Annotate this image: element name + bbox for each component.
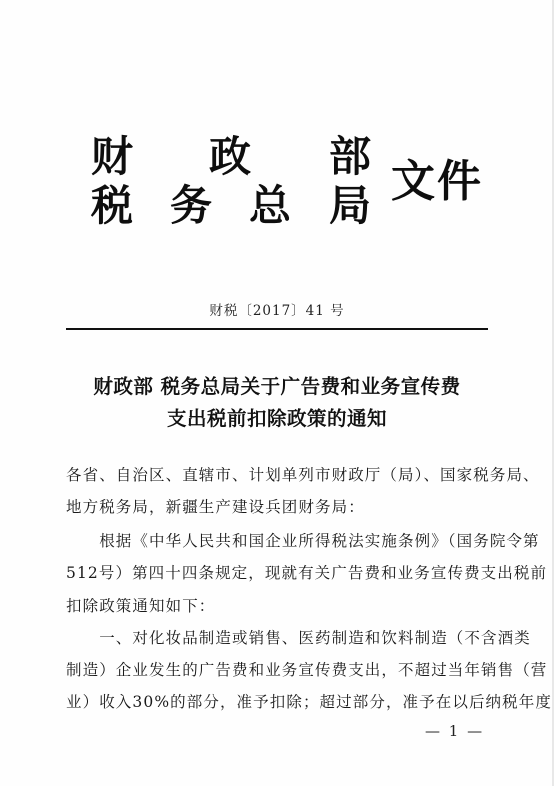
org-char: 税 xyxy=(91,185,133,227)
document-title-line-2: 支出税前扣除政策的通知 xyxy=(0,403,554,431)
org-char: 局 xyxy=(329,185,371,227)
body-line: 512号）第四十四条规定，现就有关广告费和业务宣传费支出税前 xyxy=(66,561,547,583)
document-number: 财税〔2017〕41 号 xyxy=(0,299,554,319)
page-number: — 1 — xyxy=(425,722,484,740)
org-char: 政 xyxy=(209,136,251,178)
org-char: 部 xyxy=(329,136,371,178)
org-char: 总 xyxy=(249,185,291,227)
body-line: 一、对化妆品制造或销售、医药制造和饮料制造（不含酒类 xyxy=(66,626,531,648)
header-divider xyxy=(66,328,488,330)
document-page: 财 政 部 税 务 总 局 文件 财税〔2017〕41 号 财政部 税务总局关于… xyxy=(0,0,554,786)
doc-type-label: 文件 xyxy=(391,160,483,204)
org-char: 财 xyxy=(91,136,133,178)
document-title-line-1: 财政部 税务总局关于广告费和业务宣传费 xyxy=(0,371,554,399)
body-line: 根据《中华人民共和国企业所得税法实施条例》（国务院令第 xyxy=(66,529,540,551)
body-line: 地方税务局，新疆生产建设兵团财务局： xyxy=(66,495,365,517)
body-line: 业）收入30%的部分，准予扣除；超过部分，准予在以后纳税年度 xyxy=(66,690,552,712)
body-line: 制造）企业发生的广告费和业务宣传费支出，不超过当年销售（营 xyxy=(66,658,547,680)
body-line: 各省、自治区、直辖市、计划单列市财政厅（局）、国家税务局、 xyxy=(66,463,540,485)
body-line: 扣除政策通知如下： xyxy=(66,594,215,616)
org-char: 务 xyxy=(170,185,212,227)
